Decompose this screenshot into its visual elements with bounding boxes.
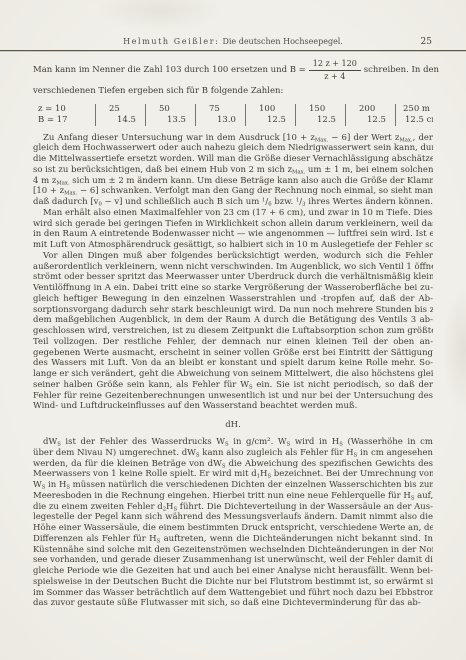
text-line: Wind- und Luftdruckeinflusses auf den Wa…	[33, 401, 433, 412]
text-line: gleich heftiger Bewegung in den einzelne…	[33, 294, 433, 305]
text-line: die Mittelwassertiefe ersetzt worden. Wi…	[33, 154, 433, 165]
body-paragraph-5: dWS ist der Fehler des Wasserdrucks WS i…	[33, 437, 433, 609]
text-line: außerordentlich verkleinern, wenn nicht …	[33, 262, 433, 273]
text-line: 4 m zMax. sich um ± 2 m ändern kann. Um …	[33, 176, 433, 187]
text-line: [10 + zMax. − 6] schwanken. Verfolgt man…	[33, 186, 433, 197]
table-column: 25 14.5	[95, 104, 145, 126]
intro-line-2: verschiedenen Tiefen ergeben sich für B …	[33, 86, 433, 97]
depth-values-table: z = 10 B = 17 25 14.5 50 13.5 75 13.0 10…	[33, 102, 433, 129]
running-header: Helmuth Geißler:Die deutschen Hochseepeg…	[33, 37, 433, 50]
table-column: 250 m 12.5 cm	[395, 104, 433, 126]
text-line: dWS ist der Fehler des Wasserdrucks WS i…	[33, 437, 433, 448]
z-value: 100	[246, 104, 295, 115]
text-block: Man kann im Nenner die Zahl 103 durch 10…	[33, 54, 433, 609]
z-value: 25	[96, 104, 145, 115]
text-line: lange er sich verändert, geht die Abweic…	[33, 369, 433, 380]
text-line: Differenzen als Fehler für HS auftreten,…	[33, 534, 433, 545]
z-value: 250 m	[396, 104, 433, 115]
text-line: Höhe einer Wassersäule, die einem bestim…	[33, 523, 433, 534]
fraction-numerator: 12 z + 120	[309, 59, 361, 71]
header-rule	[0, 50, 466, 51]
body-paragraph-4: Vor allen Dingen muß aber folgendes berü…	[33, 251, 433, 412]
body-paragraph-2: Zu Anfang dieser Untersuchung war in dem…	[33, 133, 433, 208]
intro-text-before-formula: Man kann im Nenner die Zahl 103 durch 10…	[33, 65, 306, 76]
b-value: 13.5	[146, 115, 195, 126]
page-number: 25	[421, 37, 432, 47]
author-name: Helmuth Geißler:	[123, 37, 219, 46]
table-column: 150 12.5	[295, 104, 345, 126]
text-line: Man erhält also einen Maximalfehler von …	[33, 208, 433, 219]
text-line: WS in HS müssen natürlich die verschiede…	[33, 480, 433, 491]
text-line: werden, da für die kleinen Beträge von d…	[33, 459, 433, 470]
text-line: Küstennähe sind solche mit den Gezeitens…	[33, 545, 433, 556]
text-line: see vorhanden, und gerade dieser Zusamme…	[33, 555, 433, 566]
text-line: Zu Anfang dieser Untersuchung war in dem…	[33, 133, 433, 144]
b-value: 13.0	[196, 115, 245, 126]
table-column: z = 10 B = 17	[33, 104, 95, 126]
z-value: 150	[296, 104, 345, 115]
text-line: des Wassers mit Luft. Von da an bleibt e…	[33, 358, 433, 369]
text-line: geschlossen wird, verstreichen, ist zu d…	[33, 326, 433, 337]
text-line: gleich dem Hochwasserwert oder auch nahe…	[33, 143, 433, 154]
b-value: 12.5	[246, 115, 295, 126]
text-line: strömt oder besser spritzt das Meerwasse…	[33, 272, 433, 283]
text-line: legestelle der Pegel kann sich während d…	[33, 512, 433, 523]
text-line: daß dadurch [v0 − v] und schließlich auc…	[33, 197, 433, 208]
text-line: spielsweise in der Deutschen Bucht die D…	[33, 577, 433, 588]
z-value: 50	[146, 104, 195, 115]
formula-fraction: 12 z + 120 z + 4	[309, 59, 361, 81]
text-line: dem maßgeblichen Augenblick, in dem der …	[33, 315, 433, 326]
document-title: Die deutschen Hochseepegel.	[222, 37, 342, 46]
intro-text-after-formula: schreiben. In den	[364, 65, 439, 76]
text-line: im Sommer das Wasser beträchtlich auf de…	[33, 588, 433, 599]
text-line: Meeresboden in die Rechnung eingehen. Hi…	[33, 491, 433, 502]
text-line: gegebenen Werte ausmacht, erscheint in s…	[33, 348, 433, 359]
z-value: 200	[346, 104, 395, 115]
text-line: wird sich gerade bei geringen Tiefen in …	[33, 219, 433, 230]
text-line: seiner halben Größe sein kann, als Fehle…	[33, 380, 433, 391]
text-line: die zu einem zweiten Fehler d2HS führt. …	[33, 502, 433, 513]
z-value: z = 10	[33, 104, 95, 115]
b-value: 14.5	[96, 115, 145, 126]
b-value: 12.5	[296, 115, 345, 126]
fraction-denominator: z + 4	[309, 71, 361, 82]
table-column: 75 13.0	[195, 104, 245, 126]
intro-formula-line: Man kann im Nenner die Zahl 103 durch 10…	[33, 54, 433, 86]
b-value: 12.5	[346, 115, 395, 126]
text-line: über dem Nivau N) umgerechnet. dWS kann …	[33, 448, 433, 459]
z-value: 75	[196, 104, 245, 115]
text-line: sorptionsvorgang dadurch sehr stark besc…	[33, 305, 433, 316]
scanned-document-page: Helmuth Geißler:Die deutschen Hochseepeg…	[0, 0, 466, 660]
text-line: das zuvor gestaute süße Flutwasser mit s…	[33, 598, 433, 609]
text-line: Meerwassers von 1 keine Rolle spielt. Er…	[33, 469, 433, 480]
text-line: Teil vollzogen. Der restliche Fehler, de…	[33, 337, 433, 348]
text-line: Fehler für reine Gezeitenberechnungen un…	[33, 391, 433, 402]
text-line: in den Raum A eintretende Bodenwasser ni…	[33, 229, 433, 240]
text-line: so ist zu berücksichtigen, daß bei einem…	[33, 165, 433, 176]
text-line: mit Luft von Atmosphärendruck gesättigt,…	[33, 240, 433, 251]
b-value: B = 17	[33, 115, 95, 126]
b-value: 12.5 cm	[396, 115, 433, 126]
table-column: 100 12.5	[245, 104, 295, 126]
table-column: 50 13.5	[145, 104, 195, 126]
body-paragraph-3: Man erhält also einen Maximalfehler von …	[33, 208, 433, 251]
table-column: 200 12.5	[345, 104, 395, 126]
section-heading: dH.	[33, 420, 433, 431]
text-line: Vor allen Dingen muß aber folgendes berü…	[33, 251, 433, 262]
text-line: Ventilöffnung in A ein. Dabei tritt eine…	[33, 283, 433, 294]
text-line: gleiche Periode wie die Gezeiten hat und…	[33, 566, 433, 577]
